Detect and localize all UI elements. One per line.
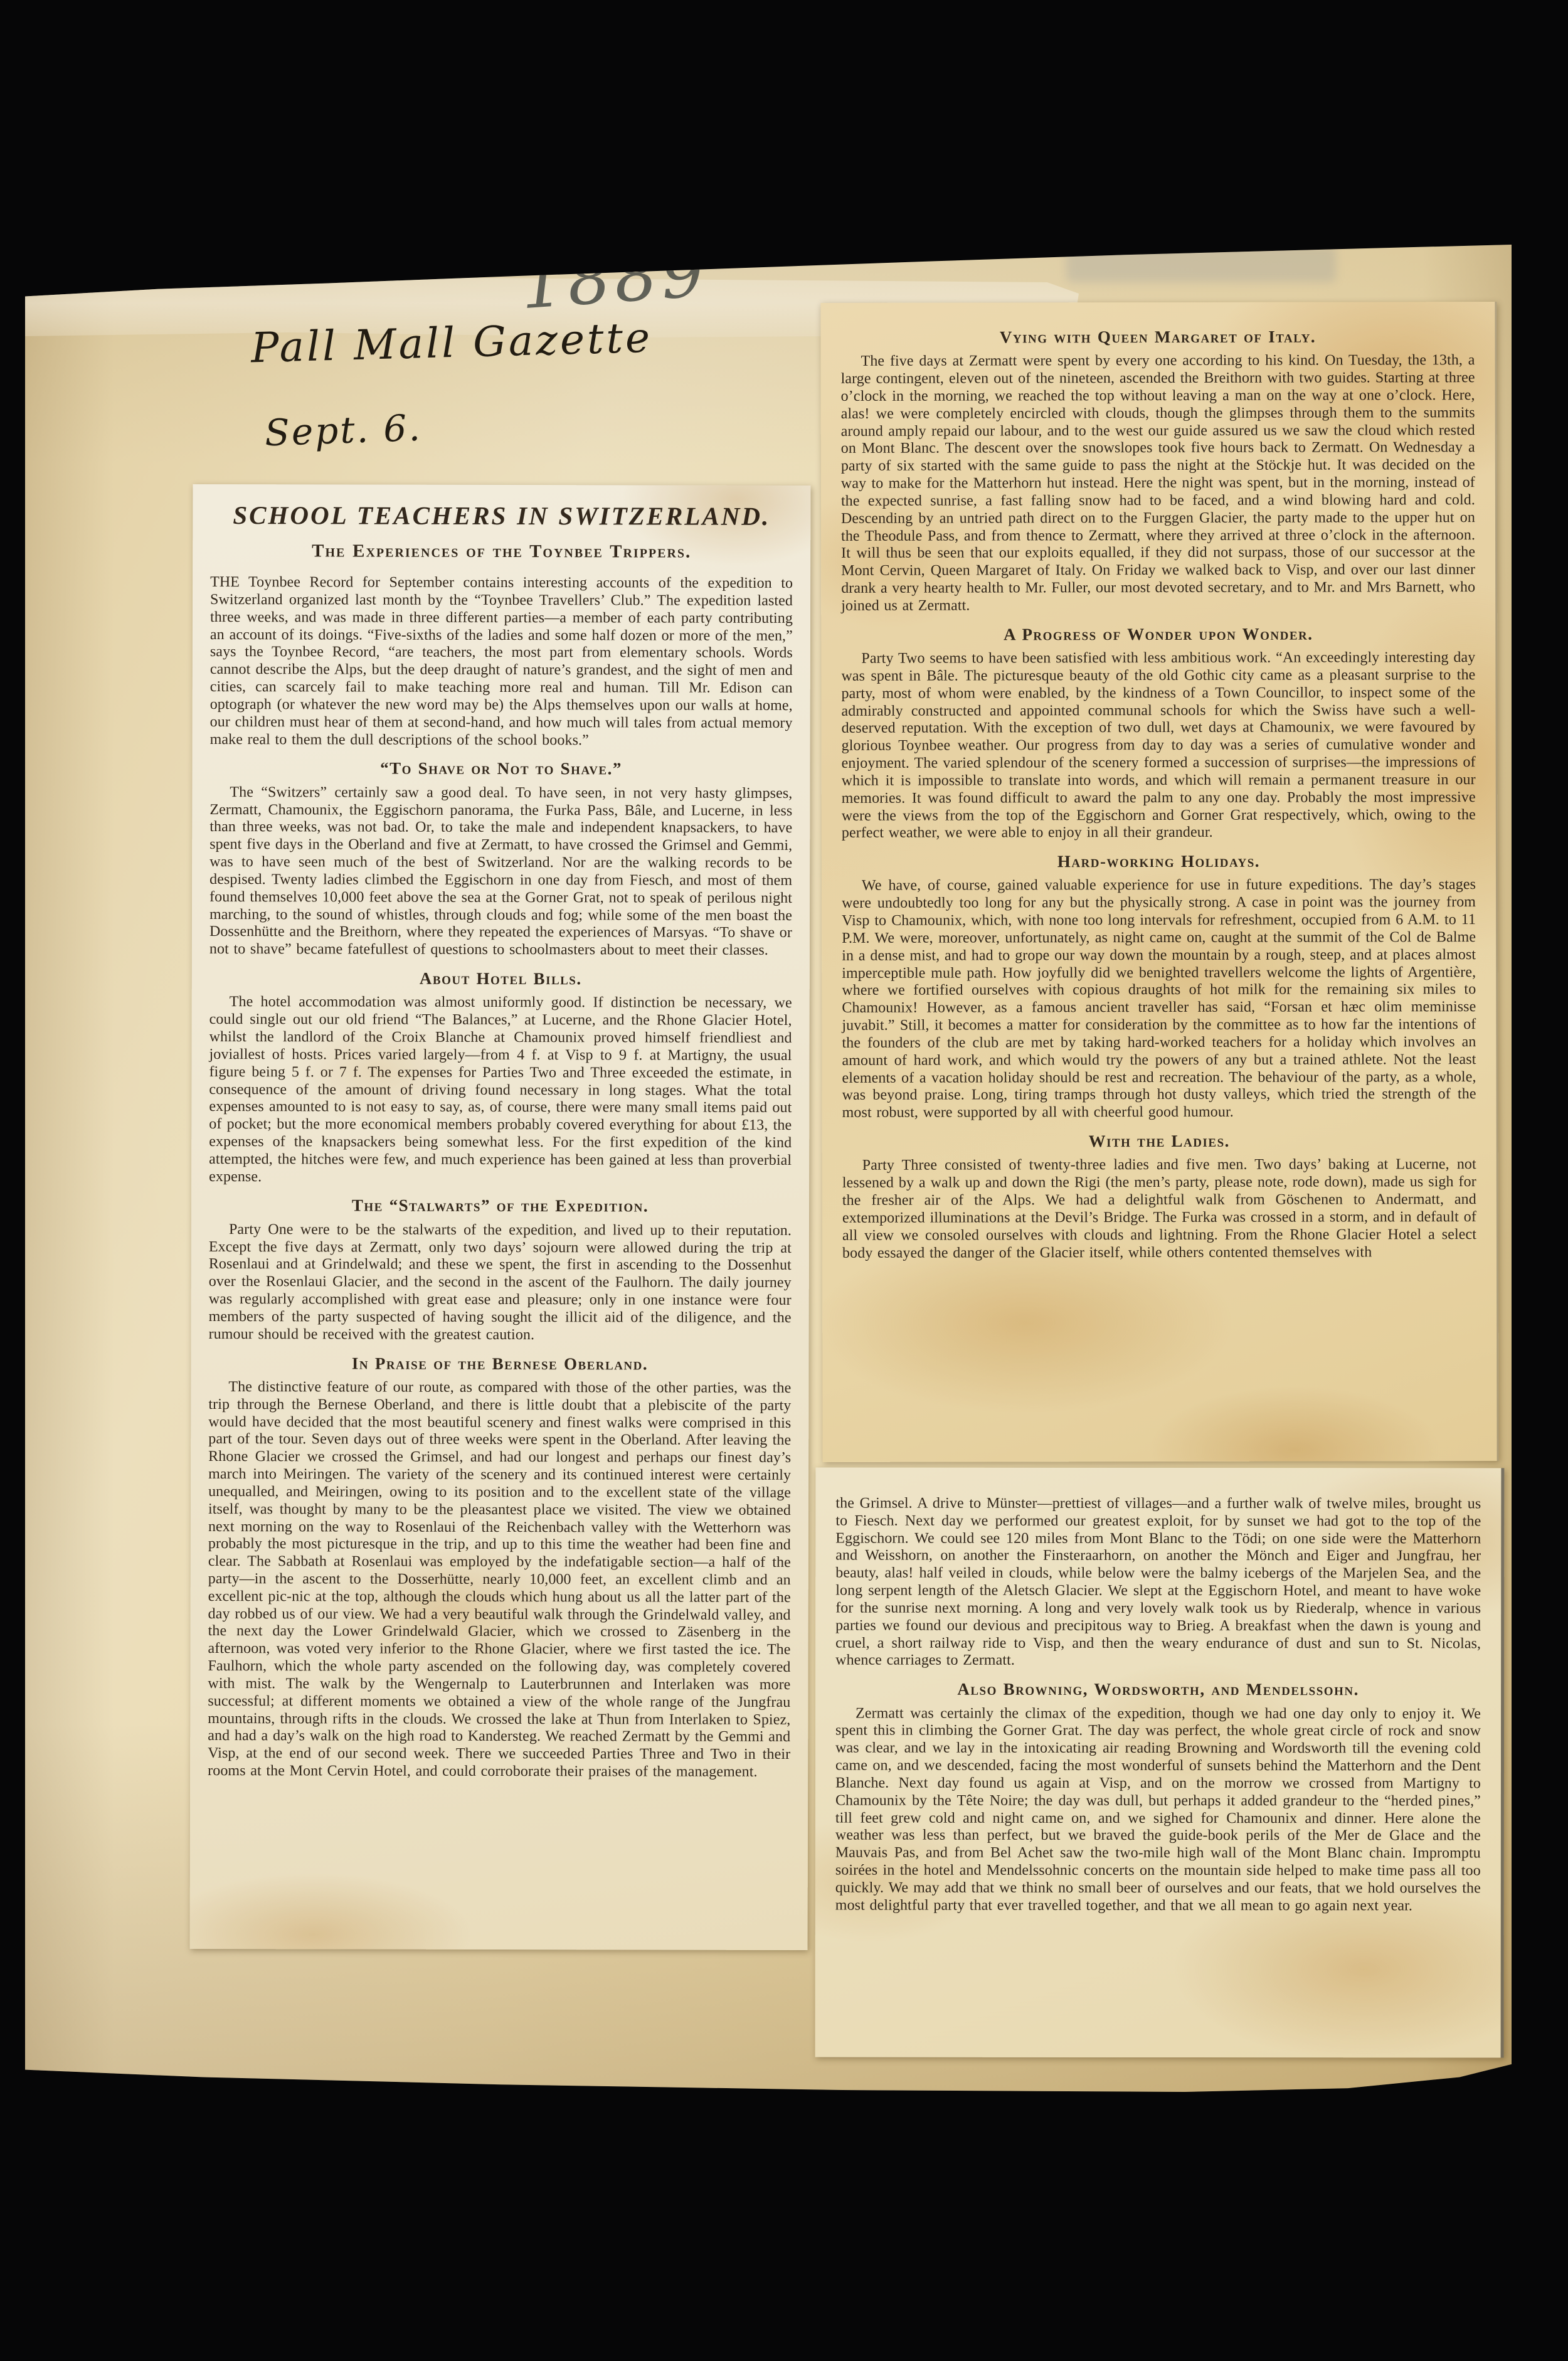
article-intro-paragraph: THE Toynbee Record for September contain… (210, 574, 793, 750)
section-heading-hotel-bills: About Hotel Bills. (209, 968, 792, 989)
newspaper-clipping-right-upper: Vying with Queen Margaret of Italy. The … (820, 302, 1498, 1462)
section-heading-browning-wordsworth: Also Browning, Wordsworth, and Mendelsso… (835, 1680, 1481, 1700)
article-paragraph: The five days at Zermatt were spent by e… (841, 352, 1476, 615)
section-heading-hard-working: Hard-working Holidays. (842, 851, 1476, 872)
article-paragraph: We have, of course, gained valuable expe… (842, 877, 1476, 1122)
article-continuation-paragraph: the Grimsel. A drive to Münster—pretties… (835, 1495, 1481, 1670)
article-subtitle: The Experiences of the Toynbee Trippers. (210, 541, 793, 563)
handwritten-source-title: Pall Mall Gazette (250, 314, 653, 373)
section-heading-to-shave: “To Shave or Not to Shave.” (209, 758, 792, 779)
scrapbook-page: 1889 Pall Mall Gazette Sept. 6. 4 SCHOOL… (25, 245, 1512, 2092)
article-paragraph: The hotel accommodation was almost unifo… (209, 994, 792, 1187)
article-paragraph: Party One were to be the stalwarts of th… (209, 1221, 792, 1345)
newspaper-clipping-right-lower: the Grimsel. A drive to Münster—pretties… (815, 1468, 1505, 2058)
handwritten-year: 1889 (518, 233, 711, 325)
handwritten-date: Sept. 6. (264, 406, 423, 455)
article-paragraph: Party Two seems to have been satisfied w… (841, 649, 1476, 842)
section-heading-with-the-ladies: With the Ladies. (842, 1131, 1476, 1152)
article-title: SCHOOL TEACHERS IN SWITZERLAND. (210, 501, 793, 531)
article-paragraph: The “Switzers” certainly saw a good deal… (209, 784, 793, 960)
newspaper-clipping-left: SCHOOL TEACHERS IN SWITZERLAND. The Expe… (190, 484, 811, 1950)
ink-smudge (1066, 246, 1336, 282)
scrapbook-photo: 1889 Pall Mall Gazette Sept. 6. 4 SCHOOL… (0, 0, 1568, 2361)
section-heading-queen-margaret: Vying with Queen Margaret of Italy. (840, 327, 1475, 348)
section-heading-bernese-oberland: In Praise of the Bernese Oberland. (208, 1354, 791, 1374)
section-heading-wonder: A Progress of Wonder upon Wonder. (841, 624, 1475, 645)
article-paragraph: Zermatt was certainly the climax of the … (835, 1705, 1481, 1915)
article-paragraph: Party Three consisted of twenty-three la… (842, 1156, 1476, 1262)
section-heading-stalwarts: The “Stalwarts” of the Expedition. (209, 1196, 792, 1216)
article-paragraph: The distinctive feature of our route, as… (208, 1379, 791, 1781)
